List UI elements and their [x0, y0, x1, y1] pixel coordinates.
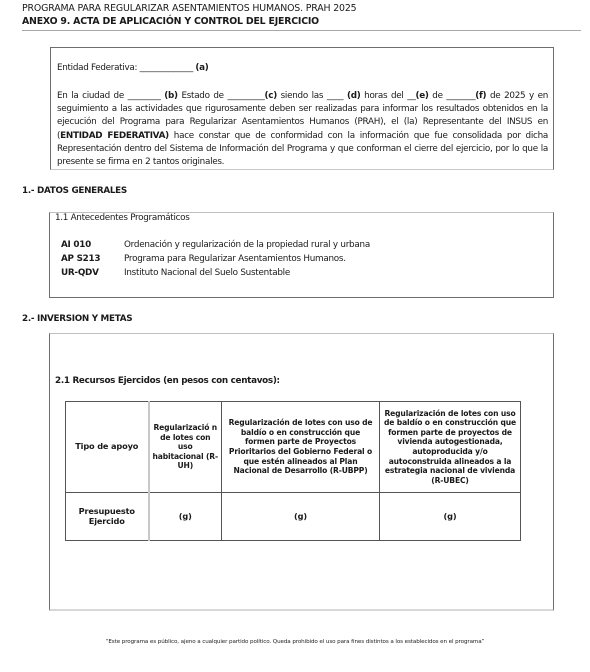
header-r-uh: Regularizació n de lotes con uso habitac… — [149, 402, 222, 493]
marker-b: (b) — [164, 91, 178, 101]
header-r-ubpp: Regularización de lotes con uso de baldí… — [222, 402, 380, 493]
entity-placeholder: ENTIDAD FEDERATIVA) — [60, 131, 169, 141]
footer-disclaimer: “Este programa es público, ajeno a cualq… — [0, 639, 590, 645]
header-r-ubec: Regularización de lotes con uso de baldí… — [380, 402, 521, 493]
state-blank[interactable]: _________ — [227, 91, 264, 101]
text: Estado de — [178, 91, 228, 101]
row-label: Presupuesto Ejercido — [66, 493, 149, 541]
program-code: AI 010 — [61, 240, 124, 250]
marker-f: (f) — [475, 91, 486, 101]
marker-e: (e) — [415, 91, 428, 101]
recursos-table: Tipo de apoyo Regularizació n de lotes c… — [65, 401, 521, 541]
header-divider — [22, 30, 581, 31]
marker-d: (d) — [347, 91, 361, 101]
program-item: UR-QDVInstituto Nacional del Suelo Suste… — [61, 268, 290, 278]
text: de — [486, 91, 500, 101]
cell-r-ubpp[interactable]: (g) — [222, 493, 380, 541]
entidad-label: Entidad Federativa: — [57, 63, 137, 73]
table-row: Presupuesto Ejercido (g) (g) (g) — [66, 493, 521, 541]
program-title: PROGRAMA PARA REGULARIZAR ASENTAMIENTOS … — [22, 3, 357, 14]
month-blank[interactable]: _______ — [446, 91, 475, 101]
section-2-1-subtitle: 2.1 Recursos Ejercidos (en pesos con cen… — [55, 376, 280, 386]
text: En la ciudad de — [57, 91, 128, 101]
marker-c: (c) — [265, 91, 277, 101]
program-description: Ordenación y regularización de la propie… — [124, 240, 370, 250]
text: horas del — [360, 91, 407, 101]
cell-r-uh[interactable]: (g) — [149, 493, 222, 541]
section-1-1-subtitle: 1.1 Antecedentes Programáticos — [55, 213, 190, 223]
header-tipo-apoyo: Tipo de apoyo — [66, 402, 149, 493]
marker-a: (a) — [195, 63, 208, 73]
entidad-federativa-line: Entidad Federativa: _____________ (a) — [57, 63, 209, 73]
program-code: AP S213 — [61, 254, 124, 264]
text: siendo las — [277, 91, 327, 101]
city-blank[interactable]: ________ — [128, 91, 161, 101]
intro-paragraph: En la ciudad de ________ (b) Estado de _… — [57, 90, 548, 169]
section-1-title: 1.- DATOS GENERALES — [22, 186, 127, 196]
hours-blank[interactable]: ____ — [327, 91, 343, 101]
section-2-title: 2.- INVERSION Y METAS — [22, 314, 132, 324]
cell-r-ubec[interactable]: (g) — [380, 493, 521, 541]
program-description: Instituto Nacional del Suelo Sustentable — [124, 268, 290, 278]
annex-title: ANEXO 9. ACTA DE APLICACIÓN Y CONTROL DE… — [22, 16, 319, 27]
program-description: Programa para Regularizar Asentamientos … — [124, 254, 346, 264]
table-header-row: Tipo de apoyo Regularizació n de lotes c… — [66, 402, 521, 493]
program-item: AI 010Ordenación y regularización de la … — [61, 240, 370, 250]
text: de — [429, 91, 447, 101]
entidad-blank[interactable]: _____________ — [140, 63, 193, 73]
program-code: UR-QDV — [61, 268, 124, 278]
program-item: AP S213Programa para Regularizar Asentam… — [61, 254, 346, 264]
